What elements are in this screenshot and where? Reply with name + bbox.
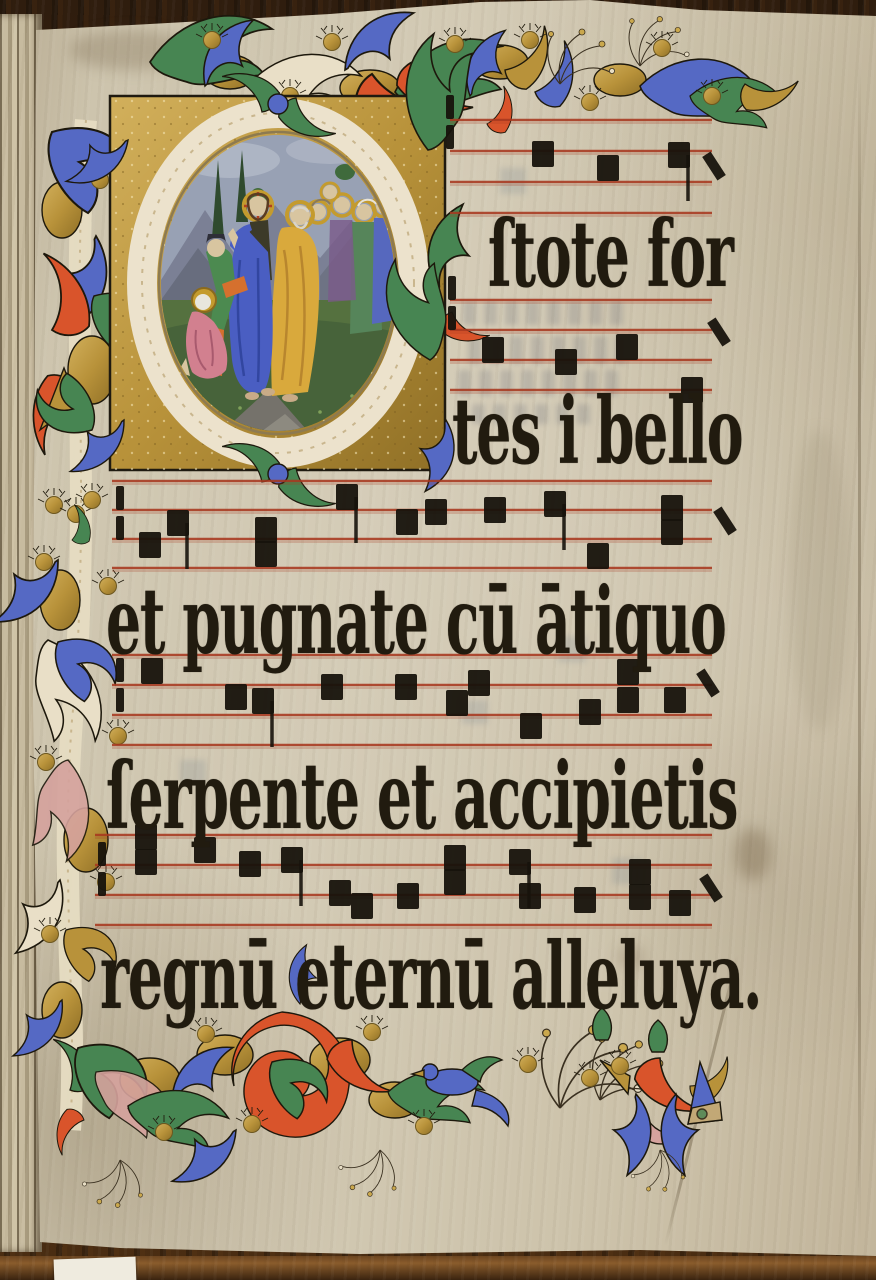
chant-line-5: regnū eternū alleluya. — [100, 930, 761, 1022]
chant-line-2: tes i bello — [452, 385, 742, 477]
chant-line-1: ſtote for — [488, 208, 733, 300]
photo-of-manuscript: ſtote for tes i bello et pugnate cū ātiq… — [0, 0, 876, 1280]
white-tab — [54, 1257, 137, 1280]
chant-line-4: ſerpente et accipietis — [106, 750, 737, 842]
historiated-initial — [66, 30, 487, 519]
chant-line-3: et pugnate cū ātiquo — [106, 575, 726, 667]
